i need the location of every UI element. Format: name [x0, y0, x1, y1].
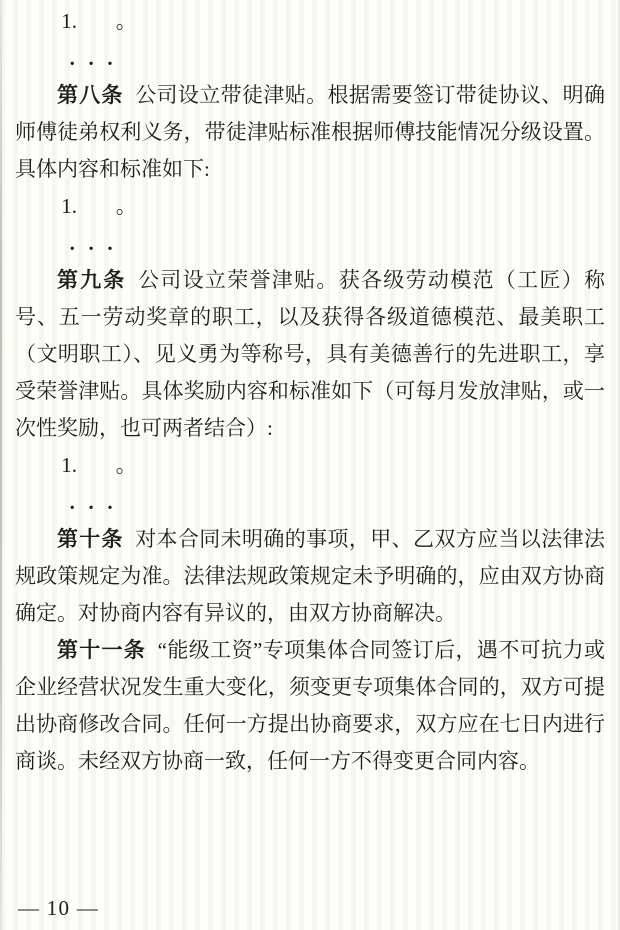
- article-11-paragraph: 第十一条“能级工资”专项集体合同签订后，遇不可抗力或企业经营状况发生重大变化，须…: [15, 632, 605, 780]
- item-period: 。: [116, 453, 137, 477]
- numbered-item-placeholder-1: 1.。: [15, 3, 605, 40]
- item-number: 1.: [61, 194, 77, 218]
- item-period: 。: [116, 194, 137, 218]
- ellipsis-line-1: . . .: [15, 40, 605, 77]
- document-body: 1.。 . . . 第八条公司设立带徒津贴。根据需要签订带徒协议、明确师傅徒弟权…: [0, 0, 620, 780]
- page-number: — 10 —: [18, 896, 99, 920]
- item-number: 1.: [61, 453, 77, 477]
- item-period: 。: [116, 9, 137, 33]
- article-10-paragraph: 第十条对本合同未明确的事项，甲、乙双方应当以法律法规政策规定为准。法律法规政策规…: [15, 521, 605, 632]
- ellipsis-line-3: . . .: [15, 484, 605, 521]
- ellipsis-line-2: . . .: [15, 225, 605, 262]
- article-11-heading: 第十一条: [57, 639, 146, 662]
- article-8-heading: 第八条: [57, 84, 124, 107]
- article-8-paragraph: 第八条公司设立带徒津贴。根据需要签订带徒协议、明确师傅徒弟权利义务，带徒津贴标准…: [15, 77, 605, 188]
- page-footer: — 10 —: [18, 895, 99, 921]
- numbered-item-placeholder-2: 1.。: [15, 188, 605, 225]
- item-number: 1.: [61, 9, 77, 33]
- article-9-heading: 第九条: [57, 269, 126, 292]
- article-10-heading: 第十条: [57, 528, 124, 551]
- numbered-item-placeholder-3: 1.。: [15, 447, 605, 484]
- scanned-document-page: 1.。 . . . 第八条公司设立带徒津贴。根据需要签订带徒协议、明确师傅徒弟权…: [0, 0, 620, 930]
- article-9-body: 公司设立荣誉津贴。获各级劳动模范（工匠）称号、五一劳动奖章的职工，以及获得各级道…: [15, 268, 605, 440]
- article-9-paragraph: 第九条公司设立荣誉津贴。获各级劳动模范（工匠）称号、五一劳动奖章的职工，以及获得…: [15, 262, 605, 447]
